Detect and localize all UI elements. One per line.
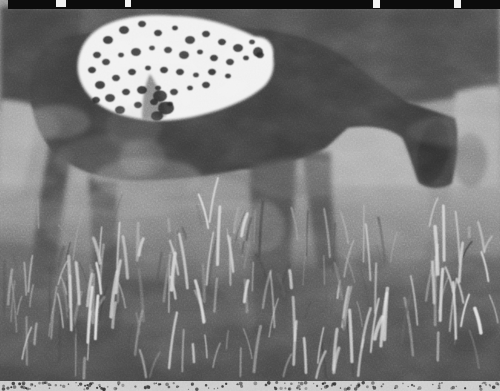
bar-notch-1 xyxy=(56,0,66,7)
bar-notch-4 xyxy=(454,0,461,8)
black-bar xyxy=(8,0,500,9)
film-grain-overlay xyxy=(0,0,500,391)
top-border-bar xyxy=(8,0,500,9)
bar-notch-2 xyxy=(125,0,131,7)
horse-photo-svg xyxy=(0,0,500,391)
newsprint-horse-photo xyxy=(0,0,500,391)
bar-notch-3 xyxy=(373,0,380,8)
